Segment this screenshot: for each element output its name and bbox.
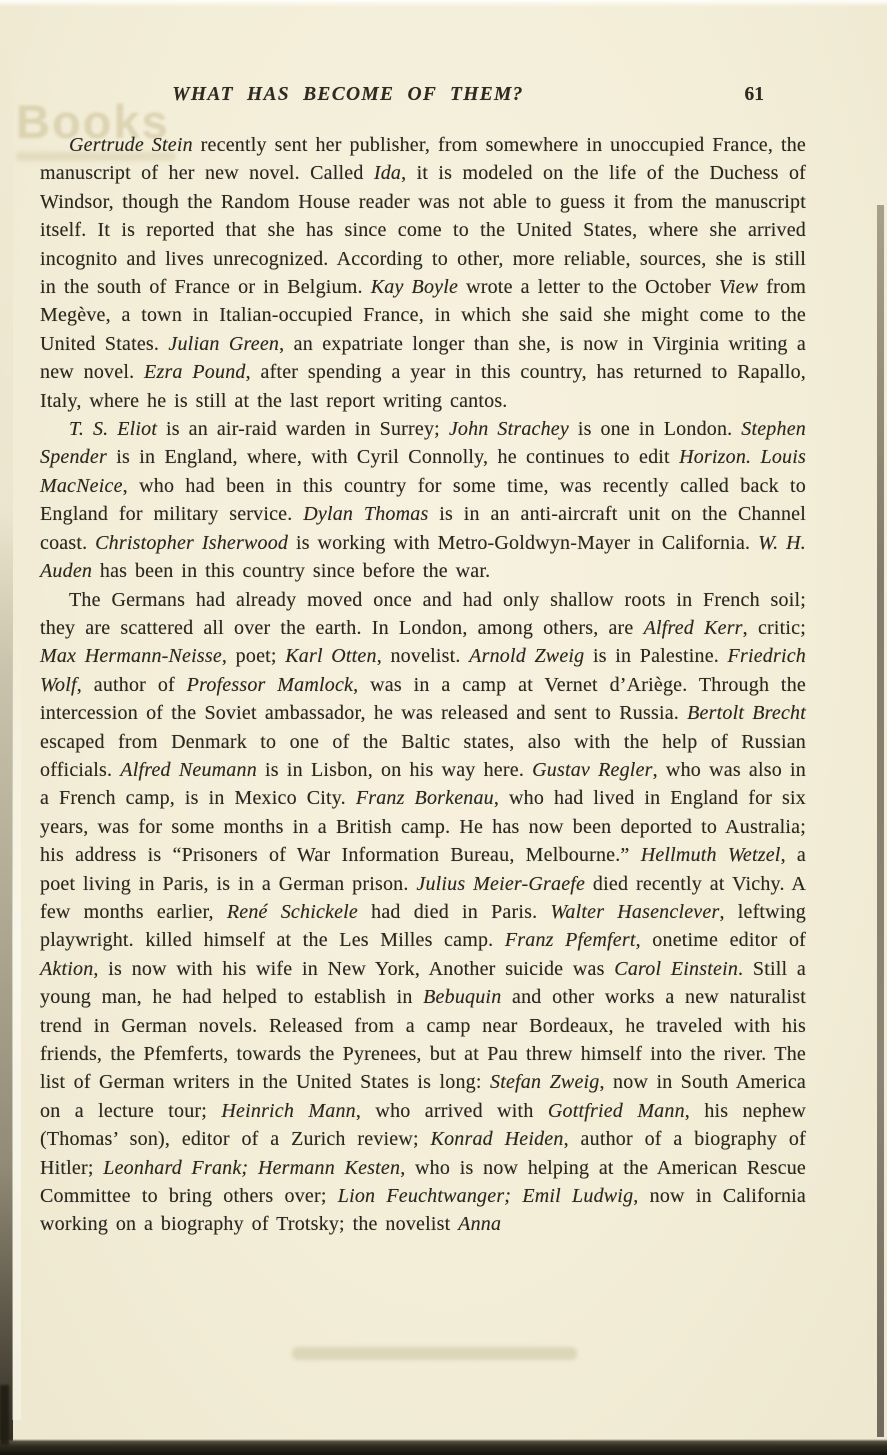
text-run — [751, 446, 760, 468]
paragraph-gertrude-stein: Gertrude Stein recently sent her publish… — [40, 131, 806, 415]
text-run: , critic; — [743, 617, 806, 639]
text-run: , onetime editor of — [636, 929, 806, 951]
emphasized-name: Ida — [374, 162, 401, 184]
scanned-book-page: Books WHAT HAS BECOME OF THEM? 61 Gertru… — [0, 0, 887, 1455]
text-run: had died in Paris. — [358, 901, 550, 923]
scan-top-edge — [0, 0, 887, 7]
emphasized-name: Ezra Pound — [144, 361, 246, 383]
emphasized-name: Alfred Kerr — [644, 617, 743, 639]
paragraph-german-writers: The Germans had already moved once and h… — [40, 586, 806, 1239]
emphasized-name: Walter Hasenclever — [550, 901, 719, 923]
emphasized-name: John Strachey — [449, 418, 569, 440]
scan-bottom-left-mark — [0, 1385, 9, 1445]
emphasized-name: Konrad Heiden — [431, 1128, 564, 1150]
text-run: , novelist. — [377, 645, 469, 667]
body-text-block: Gertrude Stein recently sent her publish… — [40, 131, 806, 1239]
emphasized-name: Professor Mamlock — [187, 674, 353, 696]
text-run: is an air-raid warden in Surrey; — [157, 418, 449, 440]
emphasized-name: Julius Meier-Graefe — [416, 873, 585, 895]
emphasized-name: Gustav Regler — [532, 759, 652, 781]
emphasized-name: Horizon. — [679, 446, 751, 468]
text-run: is one in London. — [569, 418, 741, 440]
emphasized-name: Hermann Kesten — [258, 1157, 400, 1179]
emphasized-name: Leonhard Frank; — [103, 1157, 248, 1179]
emphasized-name: René Schickele — [227, 901, 358, 923]
emphasized-name: Gottfried Mann — [548, 1100, 685, 1122]
text-run: , poet; — [222, 645, 285, 667]
paragraph-ts-eliot: T. S. Eliot is an air-raid warden in Sur… — [40, 415, 806, 585]
text-run: , author of — [77, 674, 187, 696]
show-through-smudge-bottom — [292, 1347, 577, 1360]
emphasized-name: Aktion — [40, 958, 93, 980]
page-title: WHAT HAS BECOME OF THEM? — [40, 84, 656, 106]
emphasized-name: Arnold Zweig — [469, 645, 584, 667]
emphasized-name: Hellmuth Wetzel — [641, 844, 781, 866]
emphasized-name: Max Hermann-Neisse — [40, 645, 222, 667]
text-run — [511, 1185, 522, 1207]
emphasized-name: Anna — [458, 1213, 501, 1235]
emphasized-name: Franz Borkenau — [356, 787, 494, 809]
text-run: , who arrived with — [356, 1100, 548, 1122]
emphasized-name: Bebuquin — [423, 986, 501, 1008]
emphasized-name: Lion Feuchtwanger; — [338, 1185, 511, 1207]
emphasized-name: Franz Pfemfert — [505, 929, 636, 951]
emphasized-name: Julian Green — [168, 333, 279, 355]
emphasized-name: Dylan Thomas — [303, 503, 428, 525]
text-run: wrote a letter to the October — [458, 276, 719, 298]
emphasized-name: Gertrude Stein — [69, 134, 193, 156]
emphasized-name: Emil Ludwig — [522, 1185, 633, 1207]
emphasized-name: T. S. Eliot — [69, 418, 157, 440]
emphasized-name: Christopher Isherwood — [95, 532, 288, 554]
emphasized-name: Heinrich Mann — [221, 1100, 356, 1122]
text-run: , is now with his wife in New York, Anot… — [93, 958, 614, 980]
running-header: WHAT HAS BECOME OF THEM? 61 — [40, 84, 806, 114]
scan-right-edge-line — [877, 205, 884, 1437]
text-run: is in England, where, with Cyril Connoll… — [107, 446, 679, 468]
text-run — [248, 1157, 258, 1179]
text-run: is in Palestine. — [584, 645, 727, 667]
emphasized-name: Carol Einstein — [614, 958, 738, 980]
text-run: is in Lisbon, on his way here. — [257, 759, 532, 781]
emphasized-name: View — [719, 276, 758, 298]
emphasized-name: Karl Otten — [285, 645, 376, 667]
text-run: has been in this country since before th… — [92, 560, 490, 582]
emphasized-name: Kay Boyle — [371, 276, 458, 298]
text-run: is working with Metro-Goldwyn-Mayer in C… — [288, 532, 758, 554]
scan-left-edge-highlight — [12, 620, 21, 1420]
emphasized-name: Stefan Zweig — [490, 1071, 599, 1093]
emphasized-name: Alfred Neumann — [120, 759, 257, 781]
scan-bottom-edge-shadow — [0, 1439, 887, 1455]
page-number: 61 — [745, 84, 765, 106]
emphasized-name: Bertolt Brecht — [687, 702, 806, 724]
